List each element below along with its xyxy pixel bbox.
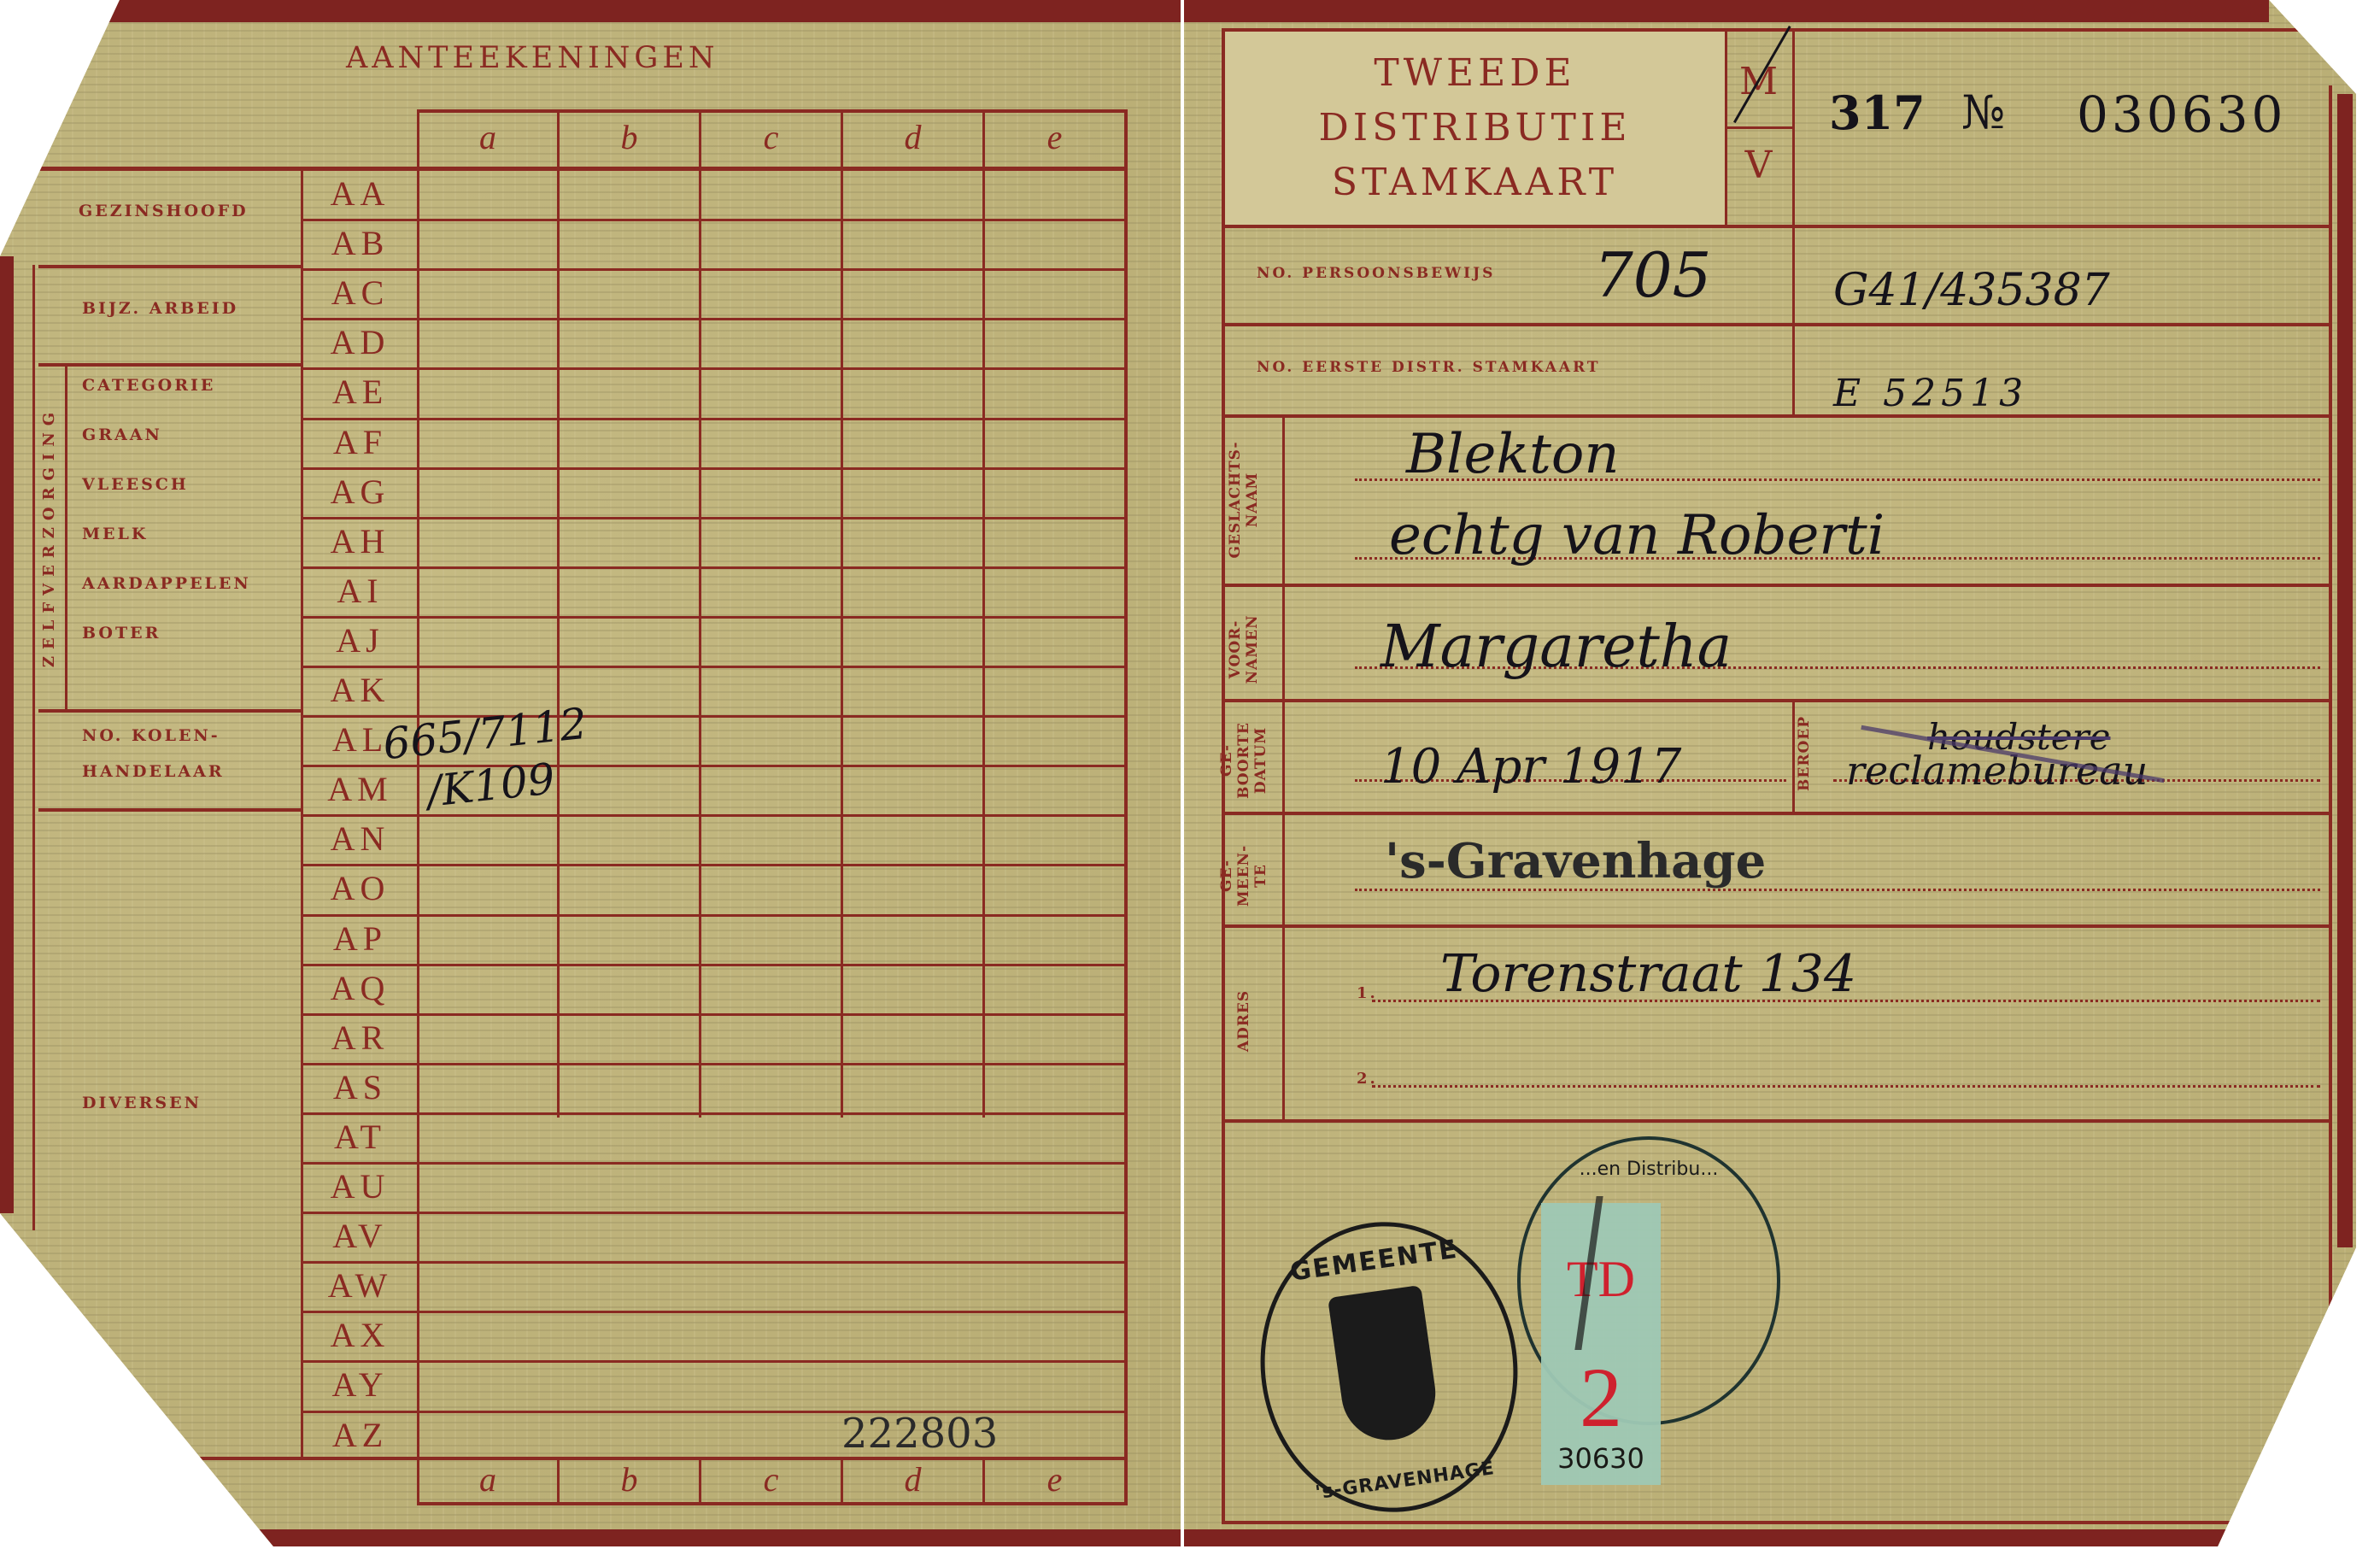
row-line: [1225, 584, 2329, 587]
grid-line: [699, 109, 701, 1118]
row-line: [1225, 323, 2329, 326]
footer-column-e: e: [985, 1457, 1124, 1503]
row-line: [301, 1212, 1126, 1214]
sex-divider: [1727, 126, 1792, 129]
row-line: [301, 1360, 1126, 1363]
row-line: [1225, 924, 2329, 928]
row-line: [301, 1311, 1126, 1313]
card-number: 030630: [2077, 85, 2286, 144]
row-code-ad: AD: [303, 318, 417, 367]
row-line: [301, 814, 1126, 817]
gemeente-value: 's-Gravenhage: [1385, 833, 1766, 889]
column-header-b: b: [560, 109, 699, 166]
row-code-aa: AA: [303, 169, 417, 219]
adres-1-value: Torenstraat 134: [1440, 944, 1856, 1004]
row-code-ab: AB: [303, 219, 417, 268]
row-line: [301, 517, 1126, 519]
left-page-side-band: [0, 256, 14, 1213]
label-zelfverzorging: ZELFVERZORGING: [41, 366, 58, 707]
column-header-d: d: [843, 109, 982, 166]
right-page-bottom-band: [1184, 1529, 2243, 1546]
row-code-az: AZ: [303, 1411, 417, 1460]
group-divider: [38, 709, 303, 713]
grid-line: [982, 109, 985, 1118]
row-line: [301, 666, 1126, 668]
footer-column-c: c: [701, 1457, 841, 1503]
beroep-divider: [1792, 701, 1795, 813]
grid-line: [38, 167, 1126, 171]
row-code-ak: AK: [303, 666, 417, 715]
geslachtsnaam-label: GESLACHTS- NAAM: [1227, 423, 1261, 577]
title-line-1: TWEEDE: [1225, 51, 1725, 95]
group-divider: [65, 366, 67, 711]
row-code-ai: AI: [303, 566, 417, 616]
row-line: [1225, 1119, 2329, 1123]
row-line: [301, 367, 1126, 370]
eerste-distr-value: E 52513: [1833, 372, 2028, 415]
geslachtsnaam-value-1: Blekton: [1406, 423, 1620, 486]
row-code-as: AS: [303, 1063, 417, 1112]
voornamen-value: Margaretha: [1381, 613, 1732, 681]
row-code-ae: AE: [303, 367, 417, 417]
sex-m: M: [1727, 60, 1792, 103]
municipal-stamp-bottom: 's-GRAVENHAGE: [1281, 1453, 1529, 1509]
footer-column-d: d: [843, 1457, 982, 1503]
group-divider: [38, 363, 303, 367]
coupon-digit: 2: [1541, 1348, 1661, 1446]
persoonsbewijs-value-2: G41/435387: [1833, 265, 2110, 316]
label-kolen-2: HANDELAAR: [82, 762, 225, 781]
row-line: [301, 1063, 1126, 1065]
handwritten-bottom-number: 222803: [841, 1410, 998, 1458]
row-line: [1225, 225, 2329, 228]
label-gezinshoofd: GEZINSHOOFD: [79, 202, 249, 220]
row-line: [301, 219, 1126, 221]
row-code-ao: AO: [303, 864, 417, 913]
row-line: [1225, 414, 2329, 418]
label-melk: MELK: [82, 525, 148, 543]
row-code-aq: AQ: [303, 964, 417, 1013]
row-line: [301, 1112, 1126, 1115]
geslachtsnaam-value-2: echtg van Roberti: [1389, 504, 1885, 567]
row-code-aj: AJ: [303, 616, 417, 666]
label-boter: BOTER: [82, 624, 161, 643]
row-line: [301, 418, 1126, 420]
distribution-stamp-text: ...en Distribu...: [1521, 1159, 1777, 1180]
label-categorie: CATEGORIE: [82, 376, 215, 395]
row-line: [301, 914, 1126, 917]
left-page-top-band: [0, 0, 1181, 22]
title-line-3: STAMKAART: [1225, 161, 1725, 204]
geboortedatum-label: GE- BOORTE DATUM: [1218, 705, 1269, 816]
left-inner-border: [32, 265, 35, 1230]
footer-column-b: b: [560, 1457, 699, 1503]
right-page: TWEEDE DISTRIBUTIE STAMKAART M V 317 № 0…: [1184, 0, 2380, 1546]
left-page: AANTEEKENINGEN a b c d e a b c d e GEZIN…: [0, 0, 1181, 1546]
municipal-stamp-top: GEMEENTE: [1250, 1229, 1499, 1293]
grid-line: [557, 109, 560, 1118]
card-prefix: 317: [1829, 85, 1926, 140]
row-code-ag: AG: [303, 467, 417, 517]
handwritten-kolen-code: /K109: [425, 754, 557, 816]
label-vleesch: VLEESCH: [82, 475, 189, 494]
row-code-af: AF: [303, 418, 417, 467]
label-column-line: [1282, 416, 1285, 1121]
label-bijz-arbeid: BIJZ. ARBEID: [82, 299, 238, 318]
coat-of-arms-icon: [1328, 1285, 1441, 1446]
row-code-ax: AX: [303, 1311, 417, 1360]
frame-line: [2329, 85, 2332, 1525]
beroep-label: BEROEP: [1796, 723, 1813, 791]
row-line: [301, 566, 1126, 569]
municipal-stamp: GEMEENTE 's-GRAVENHAGE: [1242, 1206, 1536, 1529]
column-header-a: a: [419, 109, 557, 166]
row-line: [301, 1013, 1126, 1016]
row-line: [301, 616, 1126, 619]
row-line: [301, 964, 1126, 966]
row-code-ah: AH: [303, 517, 417, 566]
label-kolen-1: NO. KOLEN-: [82, 726, 220, 745]
row-line: [301, 467, 1126, 470]
sex-v: V: [1727, 144, 1792, 187]
gemeente-label: GE- MEEN- TE: [1218, 820, 1269, 931]
column-header-c: c: [701, 109, 841, 166]
right-page-top-band: [1184, 0, 2269, 22]
row-code-aw: AW: [303, 1261, 417, 1311]
row-code-an: AN: [303, 814, 417, 864]
row-code-av: AV: [303, 1212, 417, 1261]
row-line: [301, 268, 1126, 271]
frame-line: [1792, 32, 1795, 416]
row-line: [1225, 699, 2329, 702]
persoonsbewijs-label: NO. PERSOONSBEWIJS: [1257, 265, 1495, 282]
footer-column-a: a: [419, 1457, 557, 1503]
label-graan: GRAAN: [82, 425, 162, 444]
row-line: [301, 318, 1126, 320]
frame-line: [1222, 1521, 2247, 1524]
right-page-side-band: [2337, 94, 2353, 1247]
row-code-at: AT: [303, 1112, 417, 1162]
label-aardappelen: AARDAPPELEN: [82, 574, 251, 593]
row-code-au: AU: [303, 1162, 417, 1212]
group-divider: [38, 265, 303, 268]
left-page-bottom-band: [0, 1529, 1181, 1546]
row-line: [301, 1411, 1126, 1413]
row-code-ap: AP: [303, 914, 417, 964]
grid-line: [841, 109, 843, 1118]
notes-title: AANTEEKENINGEN: [346, 41, 719, 75]
row-line: [301, 864, 1126, 866]
label-diversen: DIVERSEN: [82, 1094, 202, 1112]
group-divider: [38, 808, 303, 812]
row-line: [301, 1261, 1126, 1264]
row-line: [1225, 812, 2329, 815]
adres-2-line: [1372, 1085, 2320, 1088]
persoonsbewijs-value: 705: [1594, 239, 1711, 311]
number-sign: №: [1961, 85, 2005, 139]
row-code-ay: AY: [303, 1360, 417, 1410]
coupon-number: 30630: [1541, 1442, 1661, 1475]
row-code-ac: AC: [303, 268, 417, 318]
row-code-ar: AR: [303, 1013, 417, 1063]
row-code-am: AM: [303, 765, 417, 814]
voornamen-label: VOOR- NAMEN: [1227, 581, 1261, 718]
geboortedatum-value: 10 Apr 1917: [1381, 739, 1681, 795]
row-line: [301, 1162, 1126, 1165]
column-header-e: e: [985, 109, 1124, 166]
eerste-distr-label: NO. EERSTE DISTR. STAMKAART: [1257, 359, 1601, 376]
adres-label: ADRES: [1235, 978, 1252, 1064]
title-line-2: DISTRIBUTIE: [1225, 106, 1725, 150]
